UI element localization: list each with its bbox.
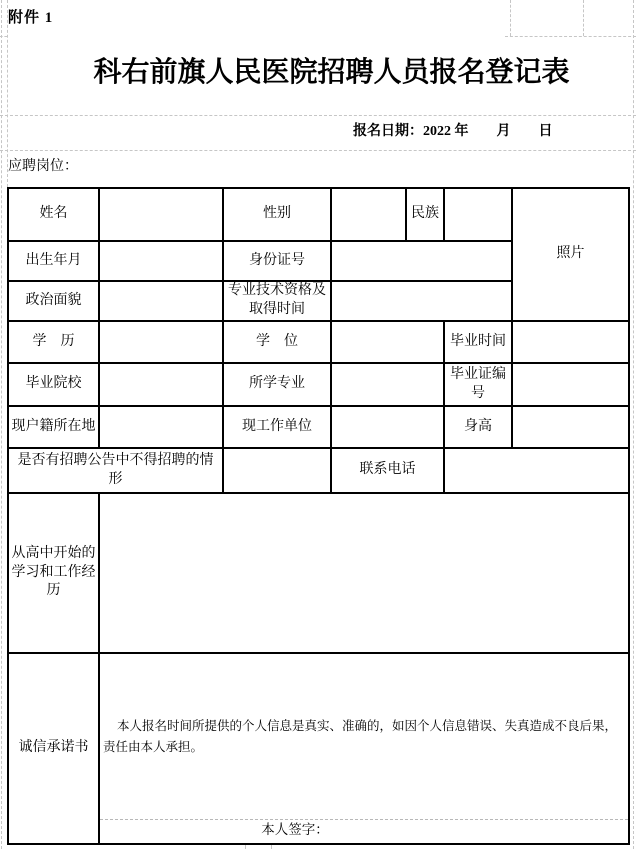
political-status-label: 政治面貌 [8, 281, 99, 321]
phone-value-cell[interactable] [444, 448, 629, 493]
ethnicity-label: 民族 [406, 188, 444, 241]
name-value-cell[interactable] [99, 188, 223, 241]
gridline [505, 36, 636, 37]
political-status-value-cell[interactable] [99, 281, 223, 321]
education-value-cell[interactable] [99, 321, 223, 363]
attachment-label: 附件 1 [8, 6, 53, 27]
height-value-cell[interactable] [512, 406, 629, 448]
name-label: 姓名 [8, 188, 99, 241]
qualification-value-cell[interactable] [331, 281, 512, 321]
gridline [510, 0, 511, 36]
residence-label: 现户籍所在地 [8, 406, 99, 448]
id-number-value-cell[interactable] [331, 241, 512, 281]
gender-label: 性别 [223, 188, 331, 241]
ethnicity-value-cell[interactable] [444, 188, 512, 241]
experience-value-cell[interactable] [99, 493, 629, 653]
graduation-time-label: 毕业时间 [444, 321, 512, 363]
diploma-number-label: 毕业证编号 [444, 363, 512, 406]
experience-label: 从高中开始的学习和工作经历 [8, 493, 99, 653]
gender-value-cell[interactable] [331, 188, 406, 241]
disqualification-label: 是否有招聘公告中不得招聘的情形 [8, 448, 223, 493]
birth-date-label: 出生年月 [8, 241, 99, 281]
major-label: 所学专业 [223, 363, 331, 406]
commitment-cell: 本人报名时间所提供的个人信息是真实、准确的，如因个人信息错误、失真造成不良后果，… [99, 653, 629, 844]
major-value-cell[interactable] [331, 363, 444, 406]
graduation-time-value-cell[interactable] [512, 321, 629, 363]
photo-cell: 照片 [512, 188, 629, 321]
commitment-wrap: 本人报名时间所提供的个人信息是真实、准确的，如因个人信息错误、失真造成不良后果，… [100, 654, 628, 841]
commitment-text: 本人报名时间所提供的个人信息是真实、准确的，如因个人信息错误、失真造成不良后果，… [100, 716, 628, 758]
applied-position-label: 应聘岗位： [8, 150, 78, 184]
signature-label: 本人签字： [261, 822, 329, 837]
height-label: 身高 [444, 406, 512, 448]
degree-value-cell[interactable] [331, 321, 444, 363]
qualification-label: 专业技术资格及取得时间 [223, 281, 331, 321]
disqualification-value-cell[interactable] [223, 448, 331, 493]
id-number-label: 身份证号 [223, 241, 331, 281]
registration-form-table: 姓名 性别 民族 照片 出生年月 身份证号 政治面貌 专业技术资格及取得时间 学… [7, 187, 630, 845]
registration-date-line: 报名日期：2022 年 月 日 [353, 115, 553, 149]
education-label: 学 历 [8, 321, 99, 363]
gridline [0, 36, 7, 37]
school-label: 毕业院校 [8, 363, 99, 406]
integrity-label: 诚信承诺书 [8, 653, 99, 844]
gridline [1, 0, 2, 849]
registration-form-page: 附件 1 科右前旗人民医院招聘人员报名登记表 报名日期：2022 年 月 日 应… [0, 0, 636, 849]
signature-row[interactable]: 本人签字： [100, 819, 628, 841]
employer-label: 现工作单位 [223, 406, 331, 448]
diploma-number-value-cell[interactable] [512, 363, 629, 406]
residence-value-cell[interactable] [99, 406, 223, 448]
gridline [0, 150, 636, 151]
phone-label: 联系电话 [331, 448, 444, 493]
birth-date-value-cell[interactable] [99, 241, 223, 281]
school-value-cell[interactable] [99, 363, 223, 406]
employer-value-cell[interactable] [331, 406, 444, 448]
gridline [583, 0, 584, 36]
page-title: 科右前旗人民医院招聘人员报名登记表 [7, 50, 628, 90]
gridline [633, 0, 634, 849]
degree-label: 学 位 [223, 321, 331, 363]
